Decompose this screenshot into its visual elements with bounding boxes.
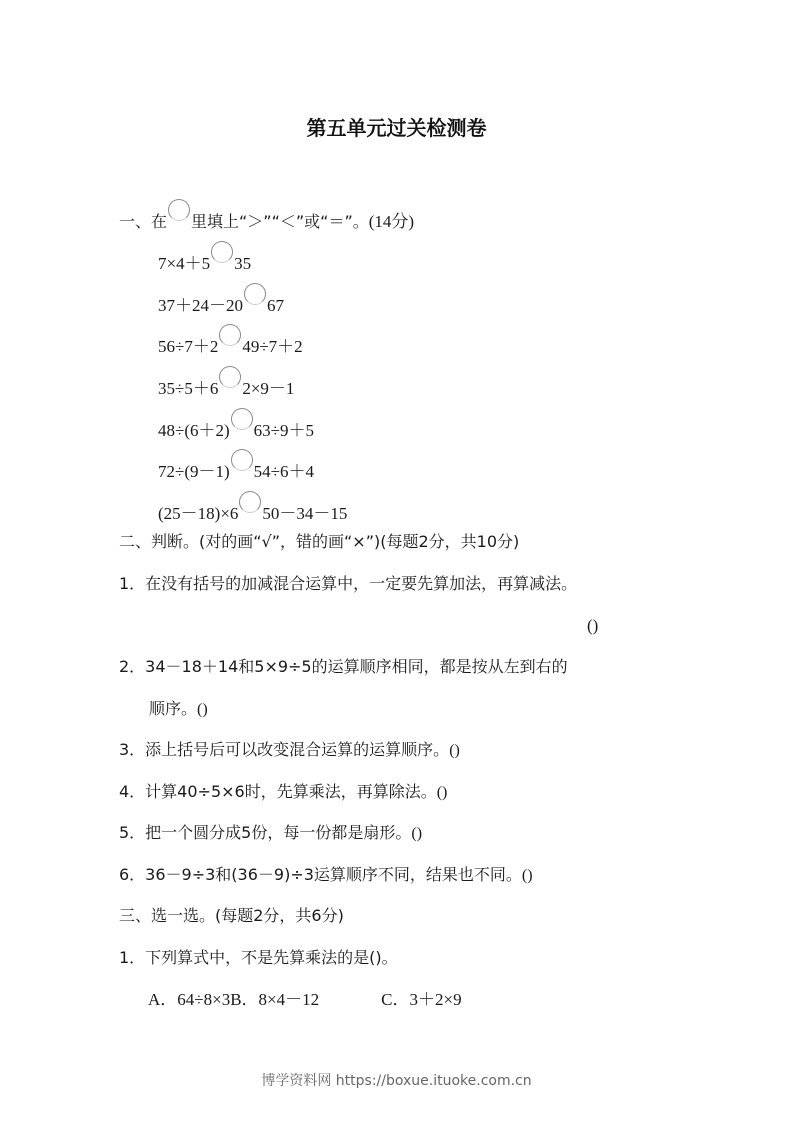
comparison-right: 35 — [234, 254, 251, 273]
choice-options-1: A．64÷8×3B．8×4－12C．3＋2×9 — [148, 988, 462, 1012]
answer-blank-5[interactable]: () — [411, 825, 422, 842]
judge-item-5-text: 5．把一个圆分成5份，每一份都是扇形。 — [119, 823, 411, 842]
comparison-item-7: (25－18)×650－34－15 — [158, 491, 347, 526]
comparison-left: 48÷(6＋2) — [158, 421, 230, 440]
choice-question-1: 1．下列算式中，不是先算乘法的是()。 — [119, 946, 398, 970]
answer-blank-4[interactable]: () — [437, 784, 448, 801]
comparison-right: 50－34－15 — [262, 504, 347, 523]
comparison-left: 56÷7＋2 — [158, 337, 218, 356]
section1-prefix: 一、在 — [119, 212, 167, 231]
comparison-item-4: 35÷5＋62×9－1 — [158, 366, 294, 401]
answer-blank-6[interactable]: () — [522, 867, 533, 884]
answer-circle-4[interactable] — [219, 366, 241, 388]
option-a[interactable]: A．64÷8×3 — [148, 990, 230, 1009]
answer-circle-7[interactable] — [239, 491, 261, 513]
answer-circle-6[interactable] — [231, 449, 253, 471]
answer-blank-3[interactable]: () — [449, 742, 460, 759]
answer-blank-1[interactable]: () — [587, 614, 598, 638]
comparison-left: (25－18)×6 — [158, 504, 238, 523]
comparison-right: 2×9－1 — [242, 379, 294, 398]
judge-item-2-text: 顺序。 — [149, 699, 197, 718]
page-title: 第五单元过关检测卷 — [0, 112, 793, 141]
answer-blank-2[interactable]: () — [197, 701, 208, 718]
judge-item-5: 5．把一个圆分成5份，每一份都是扇形。() — [119, 821, 422, 846]
option-c[interactable]: C．3＋2×9 — [381, 990, 461, 1009]
comparison-left: 35÷5＋6 — [158, 379, 218, 398]
judge-item-3: 3．添上括号后可以改变混合运算的运算顺序。() — [119, 738, 460, 763]
answer-circle-5[interactable] — [231, 408, 253, 430]
section2-heading: 二、判断。(对的画“√”，错的画“×”)(每题2分，共10分) — [119, 530, 519, 554]
option-b[interactable]: B．8×4－12 — [230, 990, 319, 1009]
judge-item-1: 1．在没有括号的加减混合运算中，一定要先算加法，再算减法。 — [119, 572, 577, 596]
judge-item-6-text: 6．36－9÷3和(36－9)÷3运算顺序不同，结果也不同。 — [119, 865, 522, 884]
footer-watermark: 博学资料网 https://boxue.ituoke.com.cn — [0, 1070, 793, 1090]
answer-circle-1[interactable] — [211, 241, 233, 263]
section1-suffix: 里填上“＞”“＜”或“＝”。 — [191, 212, 369, 231]
comparison-item-3: 56÷7＋249÷7＋2 — [158, 324, 303, 359]
blank-circle-icon — [168, 199, 190, 221]
judge-item-2-line1: 2．34－18＋14和5×9÷5的运算顺序相同，都是按从左到右的 — [119, 655, 568, 679]
comparison-right: 49÷7＋2 — [242, 337, 302, 356]
comparison-left: 37＋24－20 — [158, 296, 243, 315]
section1-score: (14分) — [369, 212, 414, 231]
comparison-item-1: 7×4＋535 — [158, 241, 251, 276]
judge-item-4-text: 4．计算40÷5×6时，先算乘法，再算除法。 — [119, 782, 437, 801]
judge-item-3-text: 3．添上括号后可以改变混合运算的运算顺序。 — [119, 740, 449, 759]
comparison-left: 7×4＋5 — [158, 254, 210, 273]
answer-circle-2[interactable] — [244, 283, 266, 305]
judge-item-2-line2: 顺序。() — [149, 697, 208, 722]
comparison-right: 54÷6＋4 — [254, 462, 314, 481]
judge-item-4: 4．计算40÷5×6时，先算乘法，再算除法。() — [119, 780, 447, 805]
section1-heading: 一、在里填上“＞”“＜”或“＝”。(14分) — [119, 199, 414, 234]
comparison-right: 67 — [267, 296, 284, 315]
comparison-item-2: 37＋24－2067 — [158, 283, 284, 318]
answer-circle-3[interactable] — [219, 324, 241, 346]
comparison-item-5: 48÷(6＋2)63÷9＋5 — [158, 408, 314, 443]
comparison-item-6: 72÷(9－1)54÷6＋4 — [158, 449, 314, 484]
section3-heading: 三、选一选。(每题2分，共6分) — [119, 904, 344, 928]
judge-item-6: 6．36－9÷3和(36－9)÷3运算顺序不同，结果也不同。() — [119, 863, 533, 888]
comparison-left: 72÷(9－1) — [158, 462, 230, 481]
comparison-right: 63÷9＋5 — [254, 421, 314, 440]
